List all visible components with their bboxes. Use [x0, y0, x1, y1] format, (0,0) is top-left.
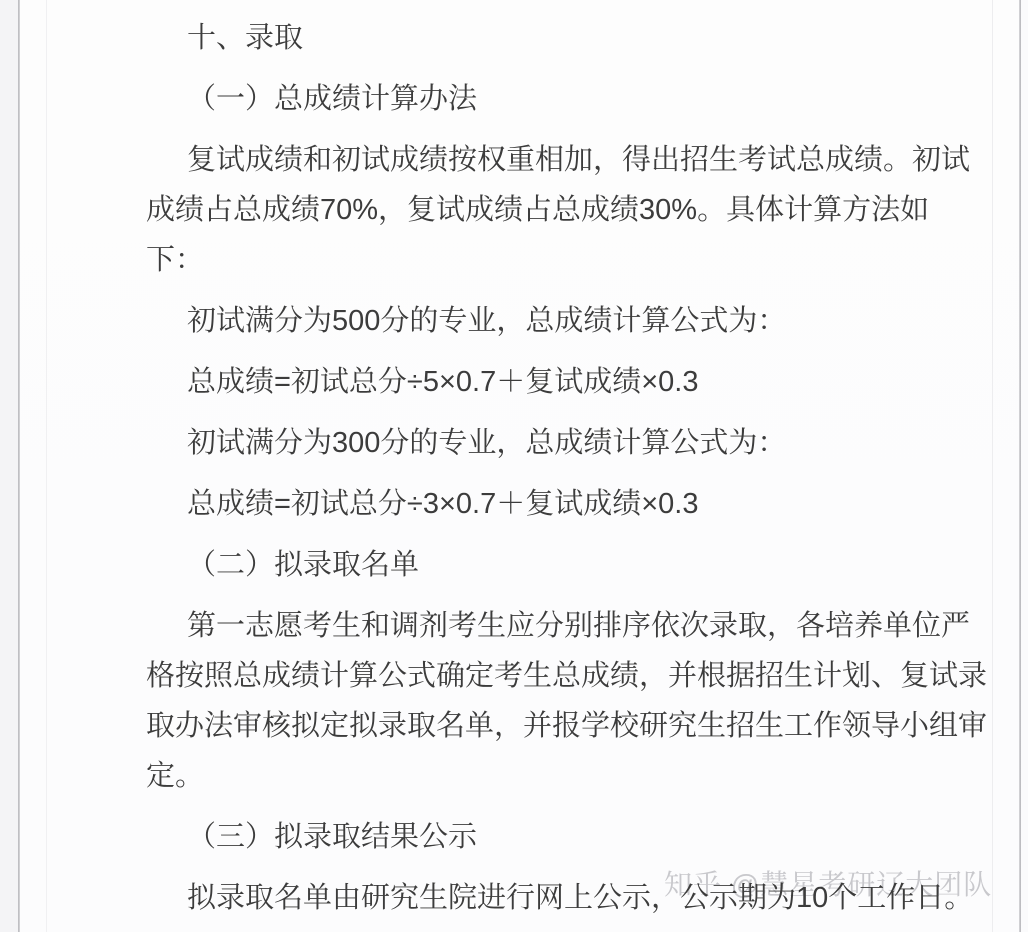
paragraph-line: 下：	[146, 235, 946, 285]
paragraph-line: 复试成绩和初试成绩按权重相加，得出招生考试总成绩。初试	[146, 135, 946, 185]
document-content: 十、录取 （一）总成绩计算办法 复试成绩和初试成绩按权重相加，得出招生考试总成绩…	[146, 13, 946, 932]
page-right-faint-line	[992, 0, 993, 932]
paragraph-500-intro: 初试满分为500分的专业，总成绩计算公式为：	[146, 296, 946, 346]
paragraph-score-weights: 复试成绩和初试成绩按权重相加，得出招生考试总成绩。初试 成绩占总成绩70%，复试…	[146, 135, 946, 285]
formula-line: 总成绩=初试总分÷5×0.7＋复试成绩×0.3	[146, 357, 946, 407]
page-left-faint-line	[46, 0, 47, 932]
formula-300: 总成绩=初试总分÷3×0.7＋复试成绩×0.3	[146, 479, 946, 529]
section-heading-result-publicity: （三）拟录取结果公示	[146, 812, 946, 862]
section-heading-admission: 十、录取	[146, 13, 946, 63]
paragraph-line: 格按照总成绩计算公式确定考生总成绩，并根据招生计划、复试录	[146, 651, 946, 701]
section-heading-score-method: （一）总成绩计算办法	[146, 74, 946, 124]
formula-500: 总成绩=初试总分÷5×0.7＋复试成绩×0.3	[146, 357, 946, 407]
document-page: 知乎 @慧星考研辽大团队 十、录取 （一）总成绩计算办法 复试成绩和初试成绩按权…	[0, 0, 1028, 932]
heading-text: （二）拟录取名单	[146, 540, 946, 590]
page-left-margin-strip	[0, 0, 18, 932]
paragraph-line: 初试满分为300分的专业，总成绩计算公式为：	[146, 418, 946, 468]
heading-text: 十、录取	[146, 13, 946, 63]
paragraph-line: 成绩占总成绩70%，复试成绩占总成绩30%。具体计算方法如	[146, 185, 946, 235]
page-left-edge-line	[18, 0, 20, 932]
paragraph-300-intro: 初试满分为300分的专业，总成绩计算公式为：	[146, 418, 946, 468]
paragraph-line: 第一志愿考生和调剂考生应分别排序依次录取，各培养单位严	[146, 601, 946, 651]
paragraph-line: 定。	[146, 751, 946, 801]
formula-line: 总成绩=初试总分÷3×0.7＋复试成绩×0.3	[146, 479, 946, 529]
section-heading-admission-list: （二）拟录取名单	[146, 540, 946, 590]
paragraph-line: 取办法审核拟定拟录取名单，并报学校研究生招生工作领导小组审	[146, 701, 946, 751]
paragraph-admission-list: 第一志愿考生和调剂考生应分别排序依次录取，各培养单位严 格按照总成绩计算公式确定…	[146, 601, 946, 801]
paragraph-line: 拟录取名单由研究生院进行网上公示，公示期为10个工作日。	[146, 873, 946, 923]
paragraph-line: 初试满分为500分的专业，总成绩计算公式为：	[146, 296, 946, 346]
heading-text: （一）总成绩计算办法	[146, 74, 946, 124]
page-right-margin-strip	[1021, 0, 1028, 932]
paragraph-result-publicity: 拟录取名单由研究生院进行网上公示，公示期为10个工作日。	[146, 873, 946, 923]
heading-text: （三）拟录取结果公示	[146, 812, 946, 862]
